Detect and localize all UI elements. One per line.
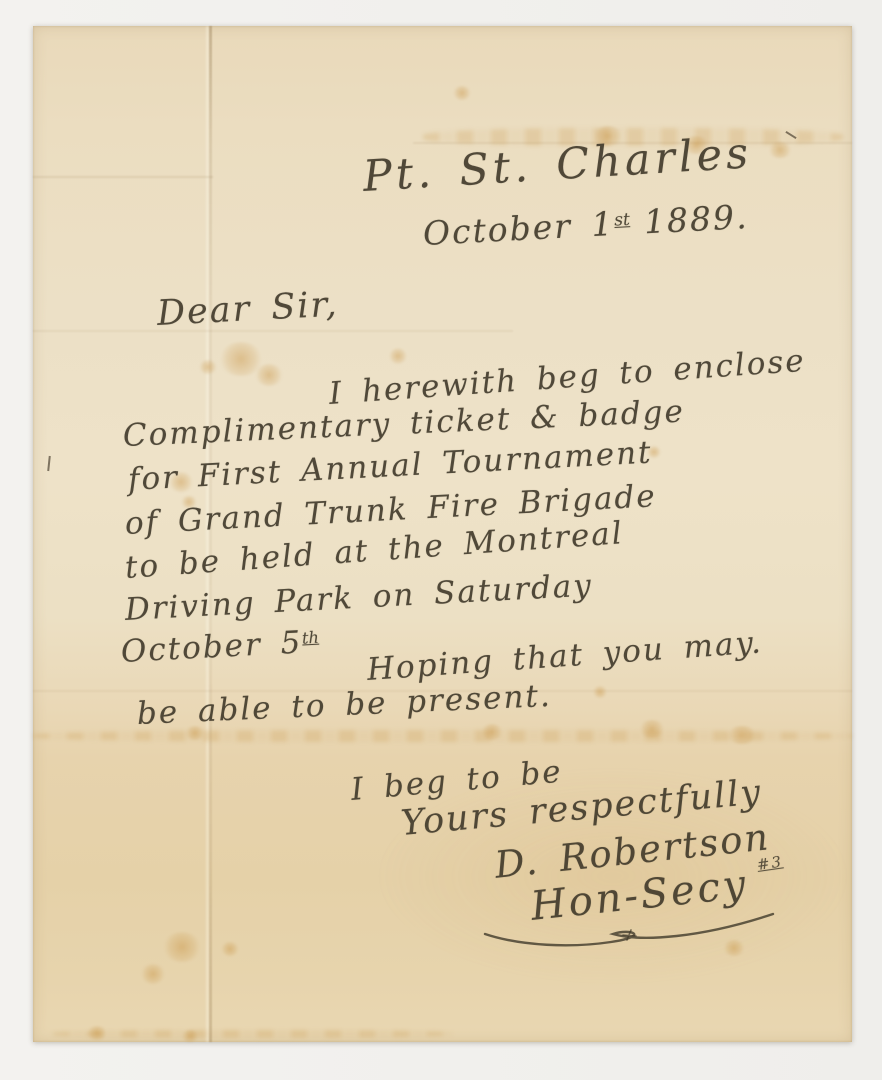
stain: [221, 942, 239, 956]
stain: [163, 932, 201, 962]
ink-speck: [47, 456, 51, 471]
horizontal-crease: [33, 176, 213, 178]
signature-flourish: [481, 906, 781, 952]
horizontal-crease: [33, 330, 513, 332]
date-year: 1889.: [643, 197, 749, 241]
stain: [87, 1026, 107, 1040]
stain: [389, 348, 407, 364]
stain: [593, 686, 607, 698]
stain: [768, 142, 792, 158]
body-line-7: October 5th: [120, 624, 320, 670]
letter-page: Pt. St. Charles October 1st1889. Dear Si…: [33, 26, 852, 1042]
scan-background: Pt. St. Charles October 1st1889. Dear Si…: [0, 0, 882, 1080]
stain: [181, 1030, 199, 1042]
stain: [141, 964, 165, 984]
signature-number-mark: #3: [756, 852, 784, 873]
stain: [639, 720, 665, 738]
stain: [199, 360, 217, 374]
body-line-7-main: October 5: [120, 625, 303, 670]
date-main: October 1: [422, 204, 615, 253]
stain: [255, 364, 283, 386]
stain-band-bottom-edge: [53, 1030, 453, 1038]
date-line: October 1st1889.: [422, 197, 749, 253]
hoping-line: Hoping that you may.: [366, 624, 764, 688]
place-line: Pt. St. Charles: [361, 128, 753, 202]
date-ordinal: st: [614, 210, 631, 231]
stain: [727, 726, 757, 744]
stain: [481, 724, 503, 740]
body-line-7-ordinal: th: [302, 628, 320, 648]
stain: [453, 86, 471, 100]
salutation-line: Dear Sir,: [156, 285, 340, 334]
